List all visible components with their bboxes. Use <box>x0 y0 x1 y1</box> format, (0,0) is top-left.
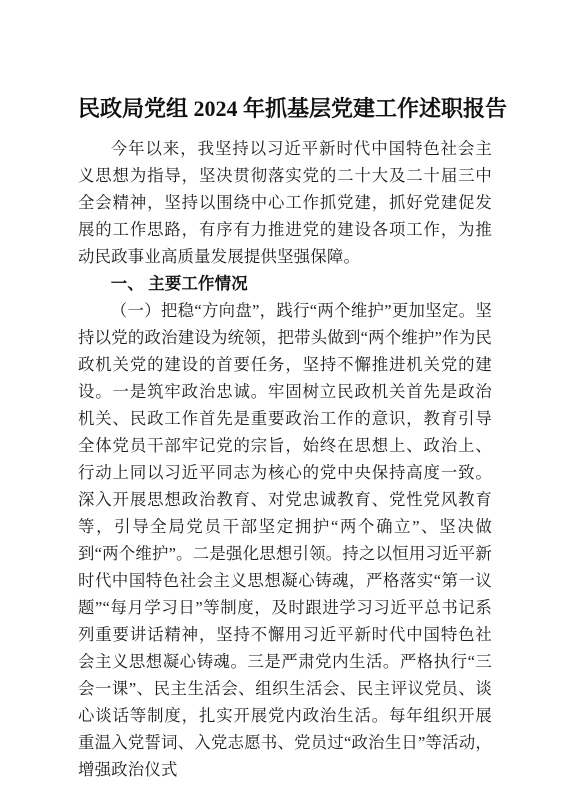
document-title: 民政局党组 2024 年抓基层党建工作述职报告 <box>78 92 492 126</box>
section-heading: 一、 主要工作情况 <box>78 270 492 297</box>
document-page: 民政局党组 2024 年抓基层党建工作述职报告 今年以来，我坚持以习近平新时代中… <box>0 0 570 807</box>
paragraph: （一）把稳“方向盘”，践行“两个维护”更加坚定。坚持以党的政治建设为统领，把带头… <box>78 297 492 783</box>
document-body: 今年以来，我坚持以习近平新时代中国特色社会主义思想为指导，坚决贯彻落实党的二十大… <box>78 135 492 783</box>
paragraph: 今年以来，我坚持以习近平新时代中国特色社会主义思想为指导，坚决贯彻落实党的二十大… <box>78 135 492 270</box>
